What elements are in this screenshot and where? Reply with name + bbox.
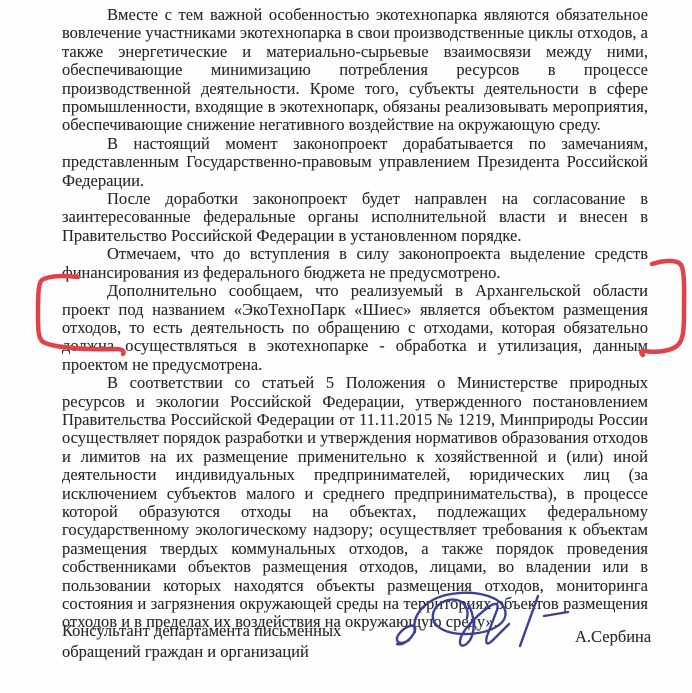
signer-position-line2: обращений граждан и организаций	[62, 641, 362, 662]
scanned-document-page: Вместе с тем важной особенностью экотехн…	[0, 0, 692, 693]
document-paragraph-2: В настоящий момент законопроект дорабаты…	[62, 135, 648, 190]
document-paragraph-4: Отмечаем, что до вступления в силу закон…	[62, 245, 648, 282]
document-paragraph-1: Вместе с тем важной особенностью экотехн…	[62, 6, 648, 135]
signer-name: А.Сербина	[575, 627, 651, 647]
signer-position-line1: Консультант департамента письменных	[62, 620, 362, 641]
document-paragraph-5-marked: Дополнительно сообщаем, что реализуемый …	[62, 282, 648, 374]
document-paragraph-6: В соответствии со статьей 5 Положения о …	[62, 374, 648, 632]
document-paragraph-3: После доработки законопроект будет напра…	[62, 190, 648, 245]
signer-position: Консультант департамента письменных обра…	[62, 620, 362, 662]
document-body: Вместе с тем важной особенностью экотехн…	[62, 6, 648, 632]
